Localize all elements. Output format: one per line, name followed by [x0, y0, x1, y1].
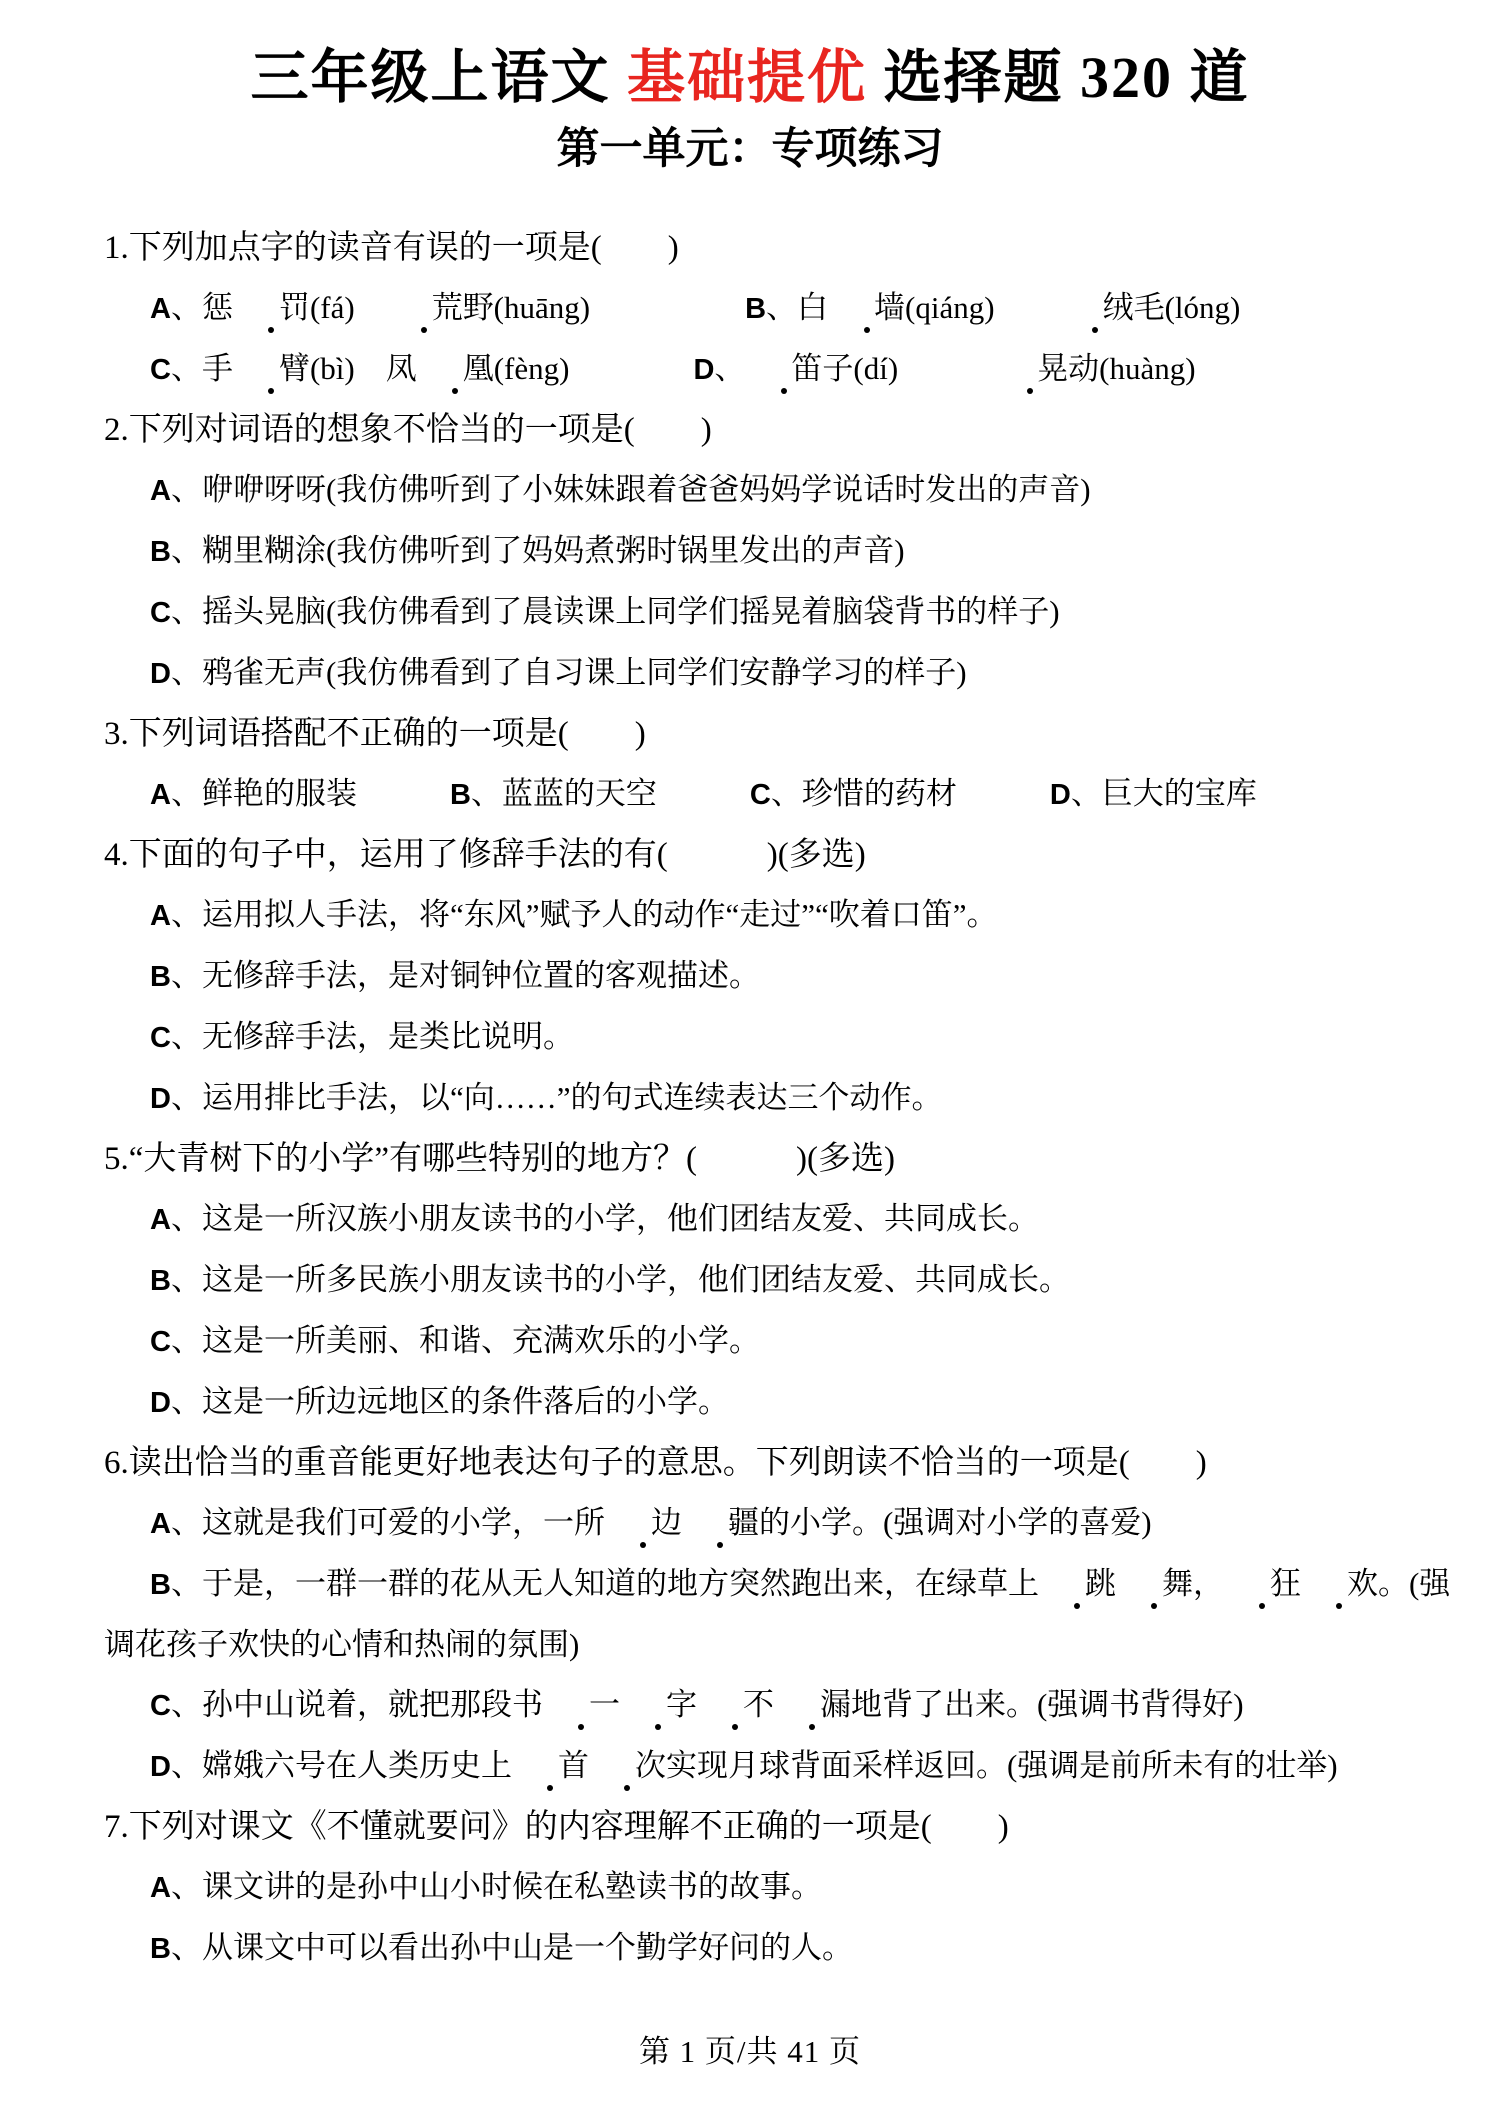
- option-label: C: [150, 1326, 171, 1358]
- option-line: B、无修辞手法，是对铜钟位置的客观描述。: [104, 946, 1470, 1007]
- question-block: 1.下列加点字的读音有误的一项是( )A、惩罚(fá) 荒野(huāng) B、…: [104, 218, 1470, 400]
- option-label: D: [150, 658, 171, 690]
- option-label: C: [150, 354, 171, 386]
- option-line: B、这是一所多民族小朋友读书的小学，他们团结友爱、共同成长。: [104, 1250, 1470, 1311]
- emphasis-dotted-char: 疆: [682, 1505, 759, 1541]
- section-subtitle: 第一单元：专项练习: [0, 122, 1500, 178]
- question-block: 2.下列对词语的想象不恰当的一项是( )A、咿咿呀呀(我仿佛听到了小妹妹跟着爸爸…: [104, 400, 1470, 704]
- option-label: C: [150, 1022, 171, 1054]
- emphasis-dotted-char: 荒: [386, 290, 463, 326]
- question-stem: 6.读出恰当的重音能更好地表达句子的意思。下列朗读不恰当的一项是( ): [104, 1433, 1470, 1493]
- option-line: B、从课文中可以看出孙中山是一个勤学好问的人。: [104, 1918, 1470, 1979]
- option-label: D: [150, 1083, 171, 1115]
- emphasis-dotted-char: 次: [589, 1748, 666, 1784]
- option-label: D: [693, 354, 714, 386]
- emphasis-dotted-char: 不: [697, 1687, 774, 1723]
- option-line: A、课文讲的是孙中山小时候在私塾读书的故事。: [104, 1857, 1470, 1918]
- option-line: B、糊里糊涂(我仿佛听到了妈妈煮粥时锅里发出的声音): [104, 521, 1470, 582]
- option-label: B: [150, 1933, 171, 1965]
- worksheet-document: { "page": { "accent_color": "#e8251f", "…: [0, 0, 1500, 2122]
- page-title: 三年级上语文 基础提优 选择题 320 道: [0, 0, 1500, 114]
- option-label: B: [150, 1265, 171, 1297]
- option-line: A、这就是我们可爱的小学，一所边疆的小学。(强调对小学的喜爱): [104, 1493, 1470, 1554]
- option-line: D、这是一所边远地区的条件落后的小学。: [104, 1372, 1470, 1433]
- emphasis-dotted-char: 罚: [233, 290, 310, 326]
- emphasis-dotted-char: 首: [512, 1748, 589, 1784]
- option-line: A、惩罚(fá) 荒野(huāng) B、白墙(qiáng) 绒毛(lóng): [104, 278, 1470, 339]
- option-line: C、这是一所美丽、和谐、充满欢乐的小学。: [104, 1311, 1470, 1372]
- option-label: C: [150, 597, 171, 629]
- option-line: D、嫦娥六号在人类历史上首次实现月球背面采样返回。(强调是前所未有的壮举): [104, 1736, 1470, 1797]
- option-label: A: [150, 1508, 171, 1540]
- option-line: C、手臂(bì) 凤凰(fèng) D、笛子(dí) 晃动(huàng): [104, 339, 1470, 400]
- option-label: A: [150, 1872, 171, 1904]
- page-number: 第 1 页/共 41 页: [0, 2026, 1500, 2071]
- option-line: C、无修辞手法，是类比说明。: [104, 1007, 1470, 1068]
- question-block: 3.下列词语搭配不正确的一项是( )A、鲜艳的服装 B、蓝蓝的天空 C、珍惜的药…: [104, 704, 1470, 825]
- emphasis-dotted-char: 凰: [417, 351, 494, 387]
- emphasis-dotted-char: 墙: [828, 290, 905, 326]
- emphasis-dotted-char: 笛: [745, 351, 822, 387]
- option-line: C、摇头晃脑(我仿佛看到了晨读课上同学们摇晃着脑袋背书的样子): [104, 582, 1470, 643]
- emphasis-dotted-char: 一: [543, 1687, 620, 1723]
- option-line: A、咿咿呀呀(我仿佛听到了小妹妹跟着爸爸妈妈学说话时发出的声音): [104, 460, 1470, 521]
- emphasis-dotted-char: 欢: [1301, 1566, 1378, 1602]
- option-label: A: [150, 1204, 171, 1236]
- question-stem: 3.下列词语搭配不正确的一项是( ): [104, 704, 1470, 764]
- question-block: 7.下列对课文《不懂就要问》的内容理解不正确的一项是( )A、课文讲的是孙中山小…: [104, 1797, 1470, 1979]
- title-highlight: 基础提优: [627, 45, 867, 110]
- option-label: C: [150, 1690, 171, 1722]
- option-line: B、于是，一群一群的花从无人知道的地方突然跑出来，在绿草上跳舞，狂欢。(强 调花…: [104, 1554, 1470, 1675]
- option-label: C: [750, 779, 771, 811]
- option-line: D、运用排比手法，以“向……”的句式连续表达三个动作。: [104, 1068, 1470, 1129]
- question-stem: 4.下面的句子中，运用了修辞手法的有( )(多选): [104, 825, 1470, 885]
- option-label: B: [150, 1569, 171, 1601]
- option-label: D: [1050, 779, 1071, 811]
- emphasis-dotted-char: 字: [620, 1687, 697, 1723]
- option-line: D、鸦雀无声(我仿佛看到了自习课上同学们安静学习的样子): [104, 643, 1470, 704]
- option-label: A: [150, 475, 171, 507]
- emphasis-dotted-char: 漏: [774, 1687, 851, 1723]
- question-stem: 2.下列对词语的想象不恰当的一项是( ): [104, 400, 1470, 460]
- emphasis-dotted-char: 边: [605, 1505, 682, 1541]
- option-label: B: [150, 961, 171, 993]
- option-label: D: [150, 1387, 171, 1419]
- option-line: C、孙中山说着，就把那段书一字不漏地背了出来。(强调书背得好): [104, 1675, 1470, 1736]
- emphasis-dotted-char: 绒: [1057, 290, 1134, 326]
- question-stem: 5.“大青树下的小学”有哪些特别的地方？( )(多选): [104, 1129, 1470, 1189]
- option-line: A、运用拟人手法，将“东风”赋予人的动作“走过”“吹着口笛”。: [104, 885, 1470, 946]
- option-label: A: [150, 293, 171, 325]
- emphasis-dotted-char: 臂: [233, 351, 310, 387]
- option-line: A、鲜艳的服装 B、蓝蓝的天空 C、珍惜的药材 D、巨大的宝库: [104, 764, 1470, 825]
- questions-list: 1.下列加点字的读音有误的一项是( )A、惩罚(fá) 荒野(huāng) B、…: [0, 178, 1500, 1979]
- question-block: 5.“大青树下的小学”有哪些特别的地方？( )(多选)A、这是一所汉族小朋友读书…: [104, 1129, 1470, 1433]
- question-stem: 1.下列加点字的读音有误的一项是( ): [104, 218, 1470, 278]
- question-block: 4.下面的句子中，运用了修辞手法的有( )(多选)A、运用拟人手法，将“东风”赋…: [104, 825, 1470, 1129]
- option-label: A: [150, 900, 171, 932]
- emphasis-dotted-char: 舞: [1116, 1566, 1193, 1602]
- option-label: B: [450, 779, 471, 811]
- emphasis-dotted-char: 晃: [991, 351, 1068, 387]
- option-line: A、这是一所汉族小朋友读书的小学，他们团结友爱、共同成长。: [104, 1189, 1470, 1250]
- question-stem: 7.下列对课文《不懂就要问》的内容理解不正确的一项是( ): [104, 1797, 1470, 1857]
- option-label: A: [150, 779, 171, 811]
- question-block: 6.读出恰当的重音能更好地表达句子的意思。下列朗读不恰当的一项是( )A、这就是…: [104, 1433, 1470, 1797]
- option-label: B: [150, 536, 171, 568]
- emphasis-dotted-char: 狂: [1224, 1566, 1301, 1602]
- emphasis-dotted-char: 跳: [1039, 1566, 1116, 1602]
- option-label: D: [150, 1751, 171, 1783]
- worksheet-page: 三年级上语文 基础提优 选择题 320 道 第一单元：专项练习 1.下列加点字的…: [0, 0, 1500, 1979]
- option-label: B: [745, 293, 766, 325]
